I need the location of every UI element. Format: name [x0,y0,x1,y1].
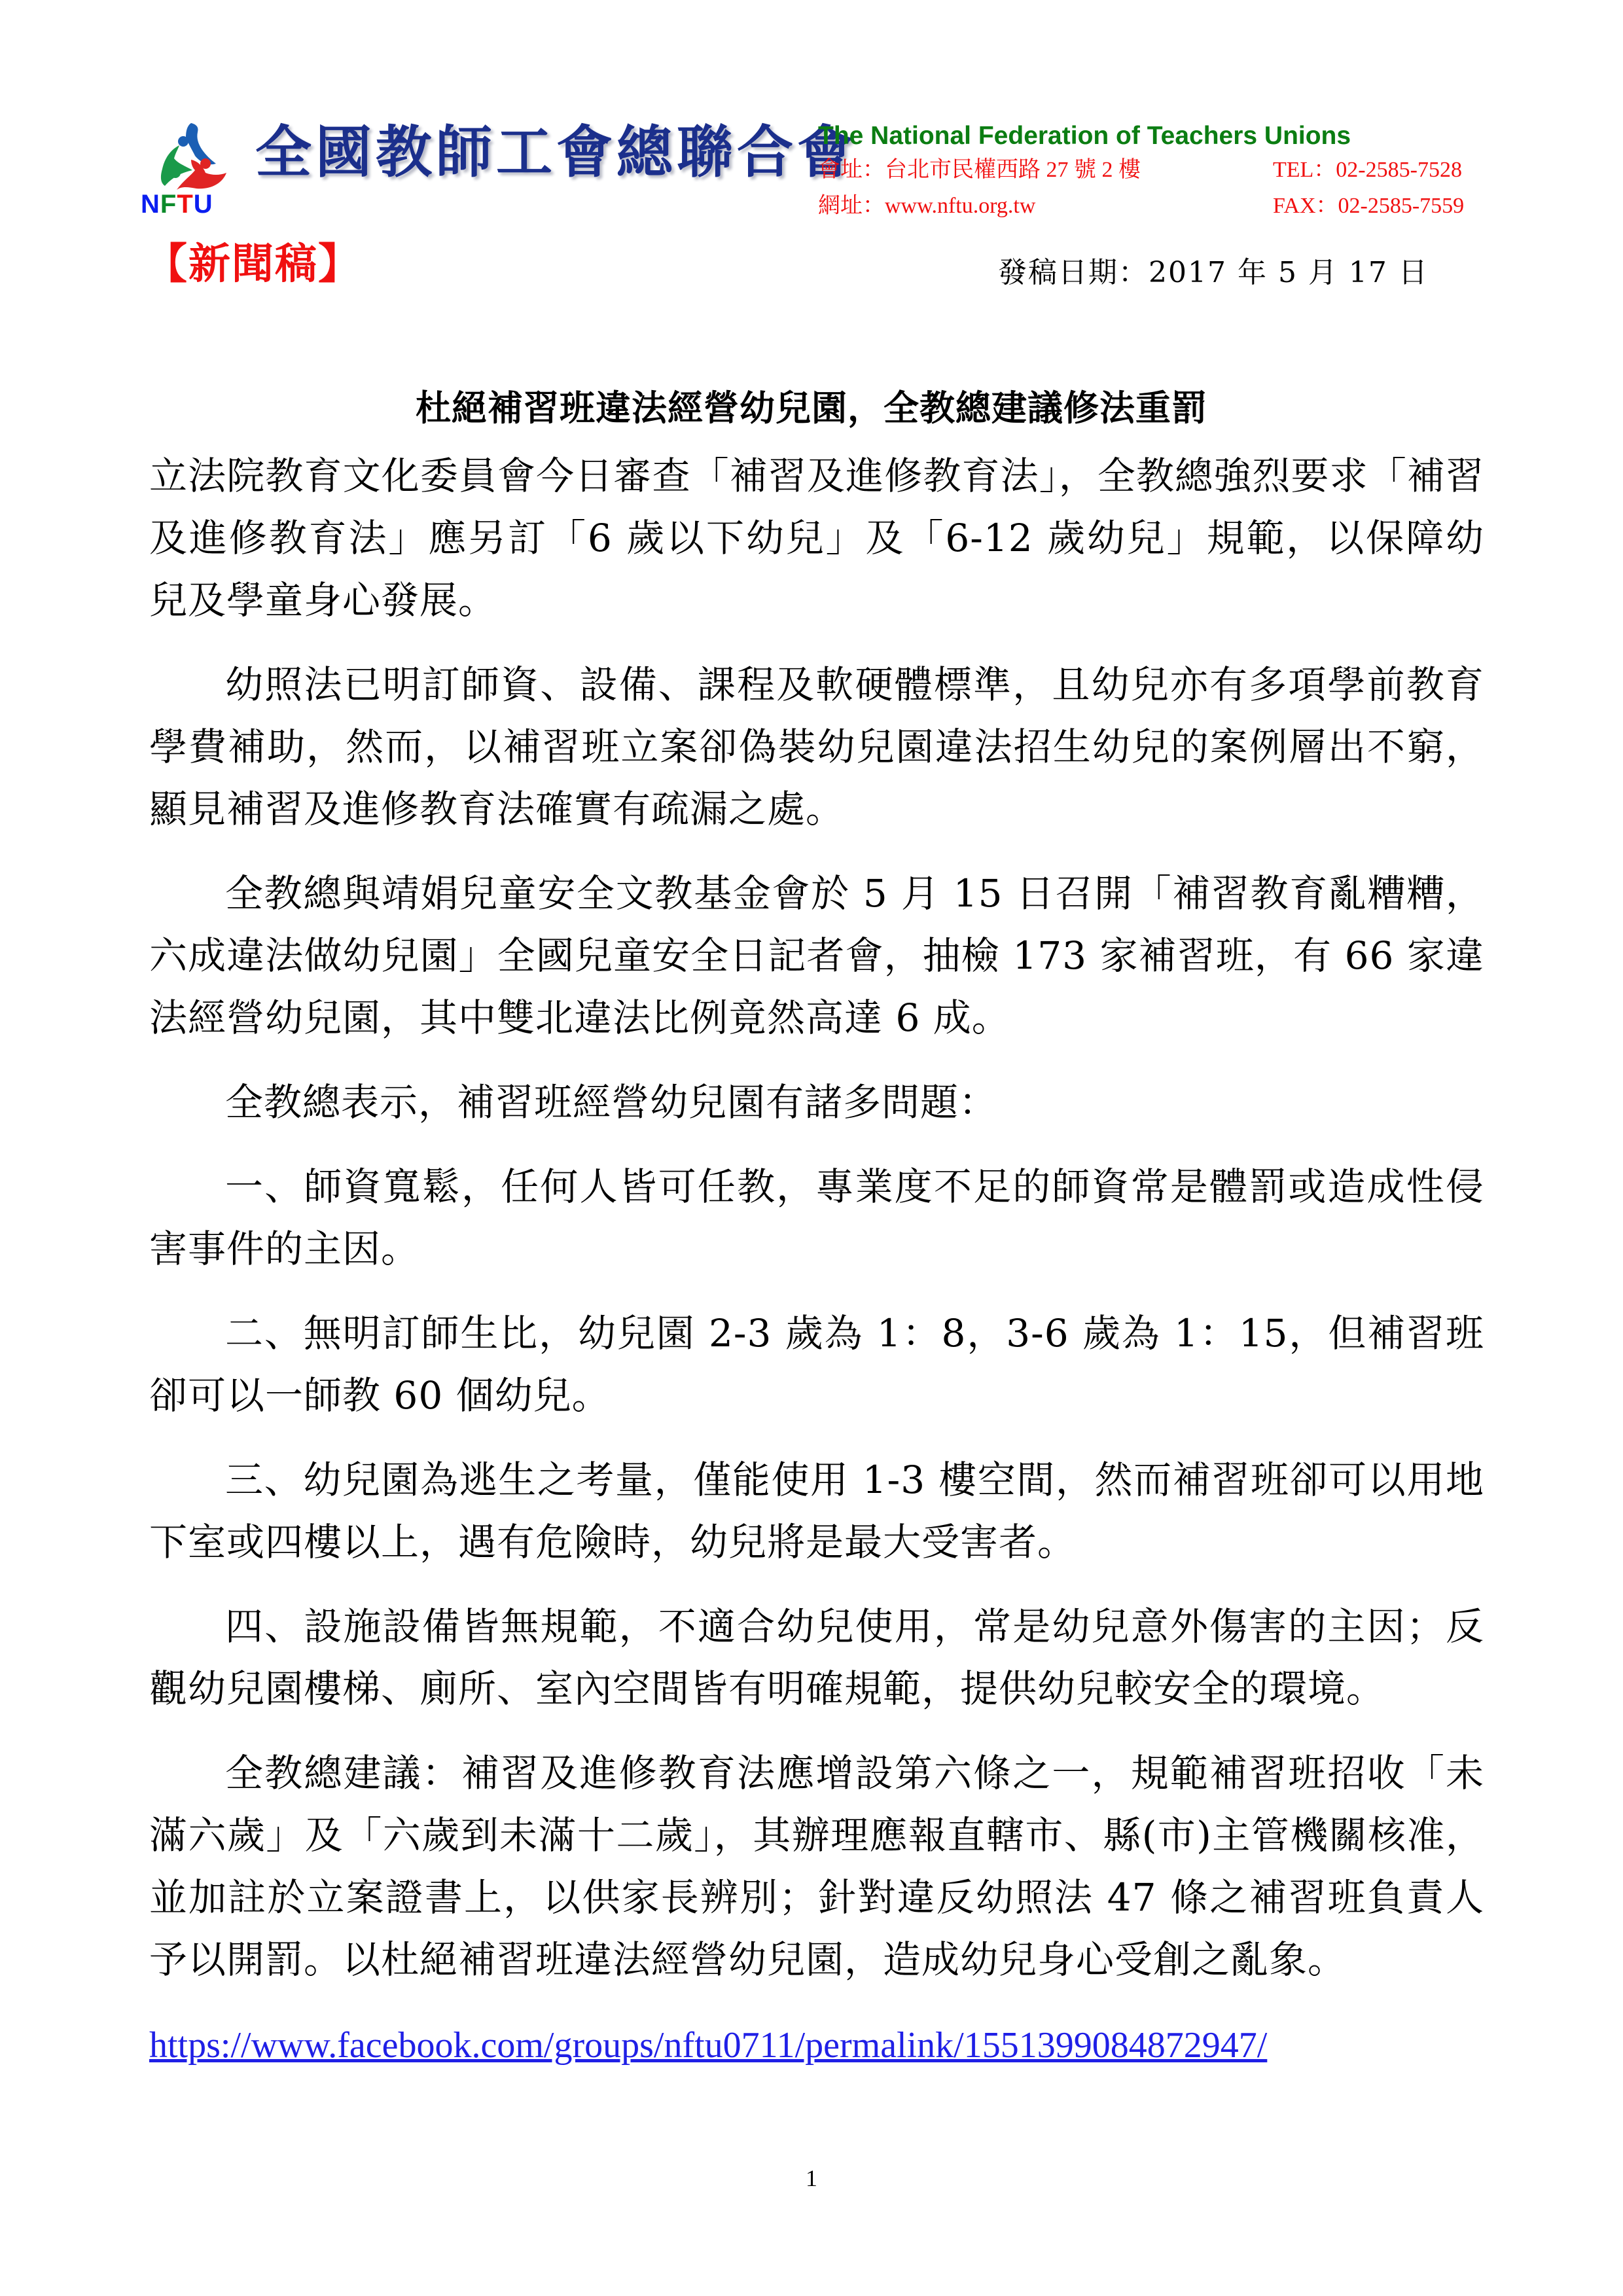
paragraph-problem-4: 四、設施設備皆無規範，不適合幼兒使用，常是幼兒意外傷害的主因；反觀幼兒園樓梯、廁… [149,1596,1484,1720]
source-link[interactable]: https://www.facebook.com/groups/nftu0711… [149,2015,1267,2077]
page-number: 1 [0,2166,1623,2190]
org-address: 會址：台北市民權西路 27 號 2 樓 [818,159,1141,181]
paragraph-background: 幼照法已明訂師資、設備、課程及軟硬體標準，且幼兒亦有多項學前教育學費補助，然而，… [149,654,1484,840]
logo-acronym: NFTU [141,191,213,217]
org-website: 網址：www.nftu.org.tw [818,195,1035,217]
nftu-logo-icon [145,118,237,196]
paragraph-problem-1: 一、師資寬鬆，任何人皆可任教，專業度不足的師資常是體罰或造成性侵害事件的主因。 [149,1156,1484,1280]
issue-date: 發稿日期：2017 年 5 月 17 日 [998,259,1429,287]
headline: 杜絕補習班違法經營幼兒園，全教總建議修法重罰 [0,390,1623,425]
letterhead: NFTU 全國教師工會總聯合會 The National Federation … [0,0,1623,236]
paragraph-survey: 全教總與靖娟兒童安全文教基金會於 5 月 15 日召開「補習教育亂糟糟，六成違法… [149,863,1484,1049]
paragraph-recommendation: 全教總建議：補習及進修教育法應增設第六條之一，規範補習班招收「未滿六歲」及「六歲… [149,1742,1484,1991]
paragraph-problem-3: 三、幼兒園為逃生之考量，僅能使用 1-3 樓空間，然而補習班卻可以用地下室或四樓… [149,1449,1484,1573]
org-fax: FAX：02-2585-7559 [1273,195,1464,217]
paragraph-problems-intro: 全教總表示，補習班經營幼兒園有諸多問題： [149,1071,1484,1134]
paragraph-intro: 立法院教育文化委員會今日審查「補習及進修教育法」，全教總強烈要求「補習及進修教育… [149,445,1484,632]
org-name-chinese: 全國教師工會總聯合會 [255,124,857,181]
org-telephone: TEL：02-2585-7528 [1273,159,1462,181]
article-body: 立法院教育文化委員會今日審查「補習及進修教育法」，全教總強烈要求「補習及進修教育… [149,445,1484,2077]
document-type-label: 【新聞稿】 [145,243,361,285]
paragraph-problem-2: 二、無明訂師生比，幼兒園 2-3 歲為 1：8，3-6 歲為 1：15，但補習班… [149,1302,1484,1427]
org-name-english: The National Federation of Teachers Unio… [818,123,1351,149]
